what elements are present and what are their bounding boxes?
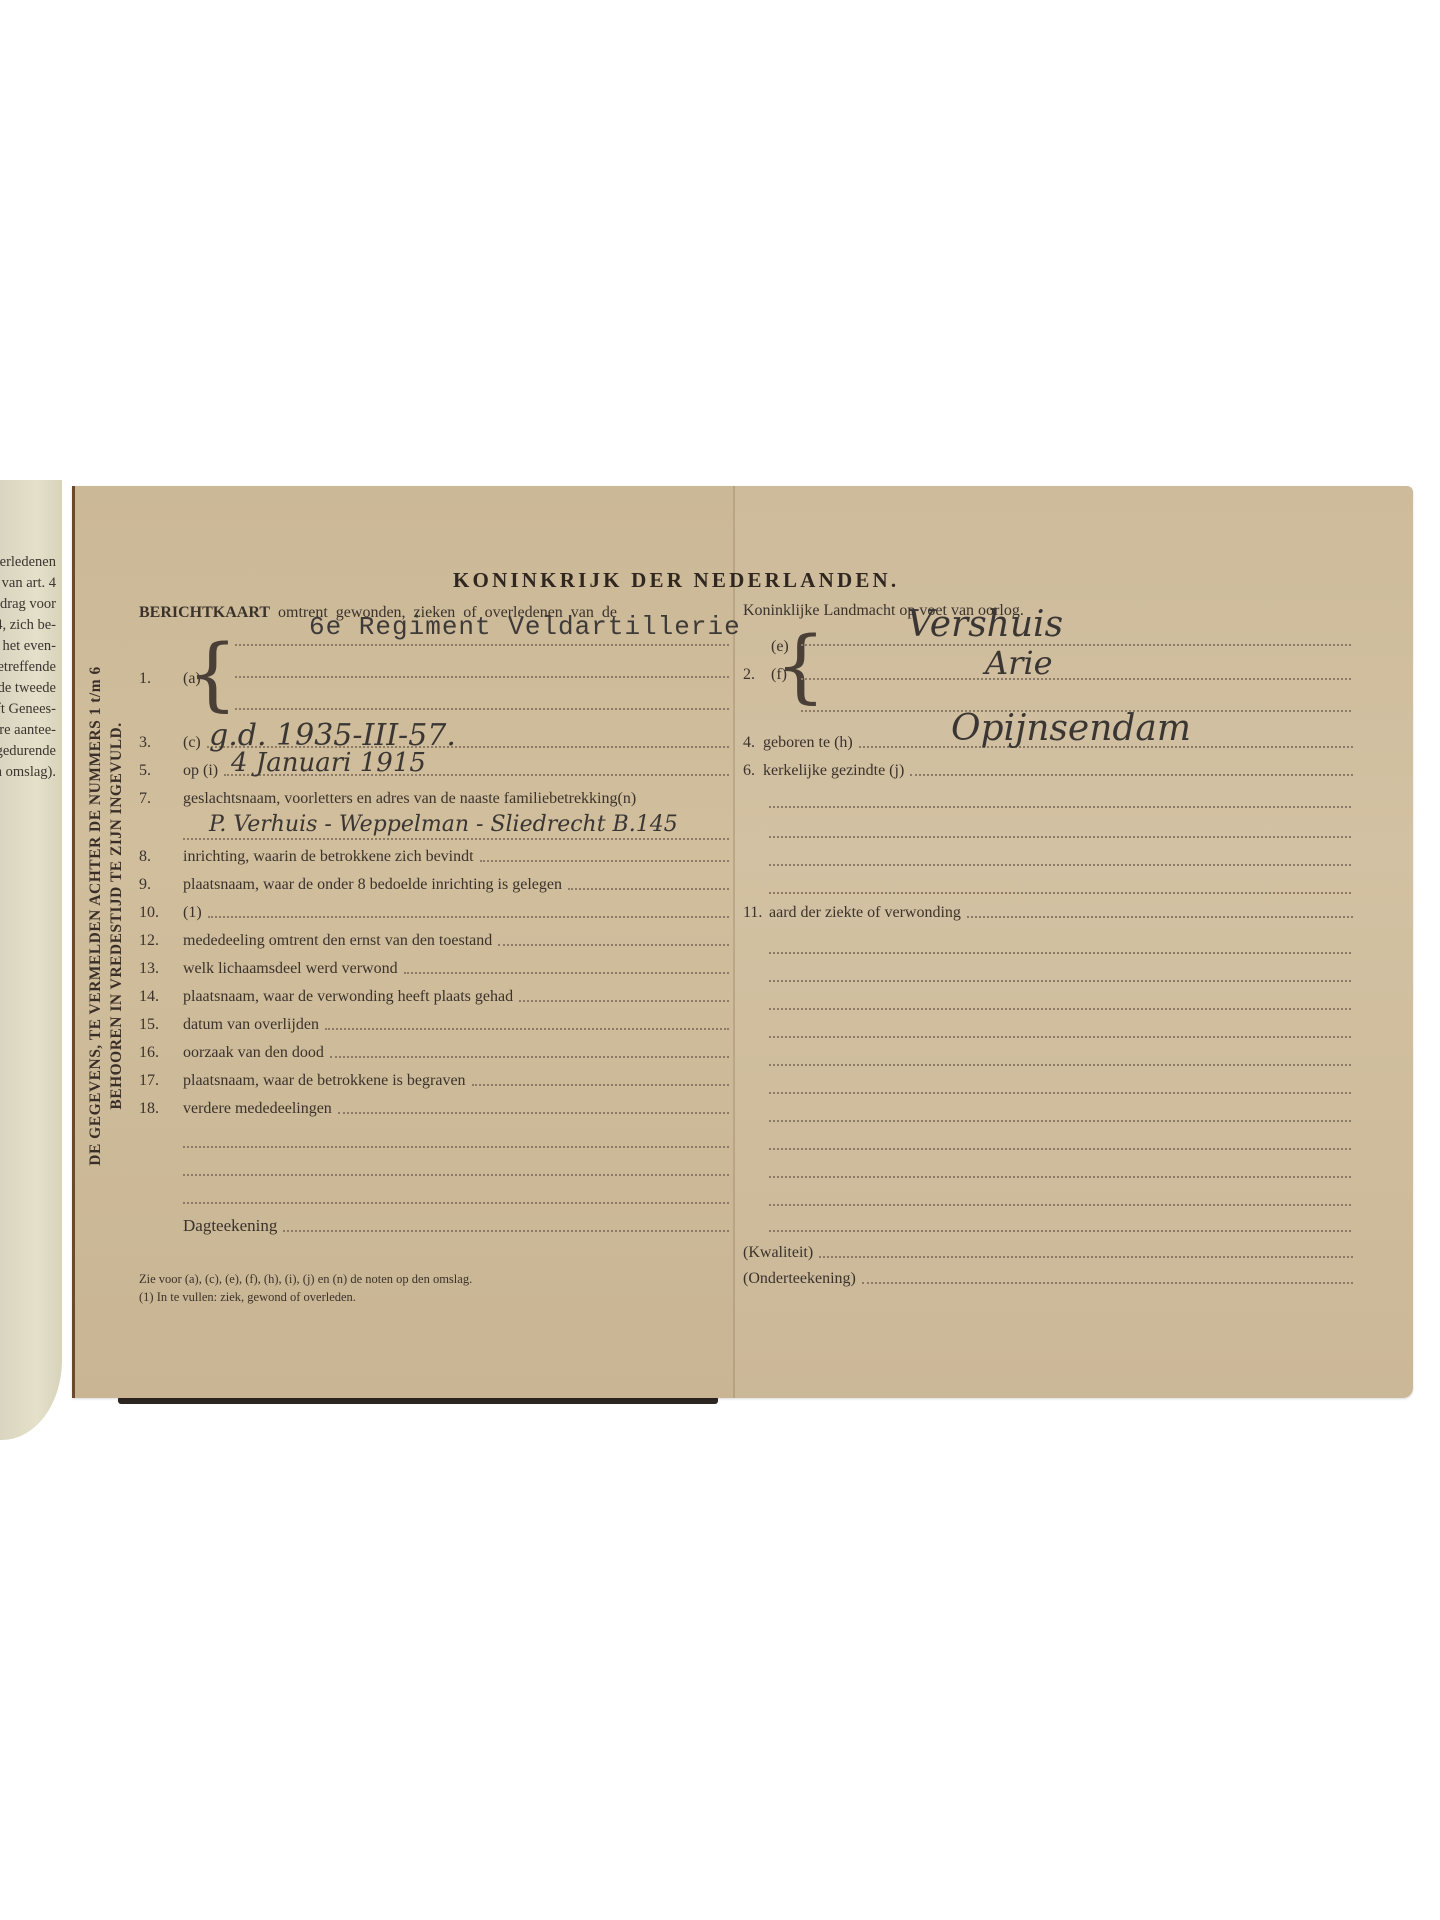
vertical-note: DE GEGEVENS, TE VERMELDEN ACHTER DE NUMM… <box>85 526 145 1306</box>
footnote-1: (1) In te vullen: ziek, gewond of overle… <box>139 1290 356 1305</box>
field-line[interactable] <box>338 1111 729 1114</box>
field-line[interactable] <box>769 1176 1351 1178</box>
field-number: 10. <box>139 904 183 922</box>
field-line[interactable] <box>325 1027 729 1030</box>
field-line[interactable] <box>769 864 1351 866</box>
text-line: de tweede <box>0 678 56 699</box>
field-line[interactable] <box>208 915 729 918</box>
vertical-note-line: DE GEGEVENS, TE VERMELDEN ACHTER DE NUMM… <box>85 526 106 1306</box>
left-page-text: erledenen van art. 4 drag voor 4, zich b… <box>0 552 56 783</box>
field-5[interactable]: 5. op (i) <box>139 762 729 780</box>
field-line[interactable] <box>235 676 729 678</box>
field-number: 4. <box>743 734 763 752</box>
field-line[interactable] <box>404 971 729 974</box>
field-number: 9. <box>139 876 183 894</box>
field-label: kerkelijke gezindte (j) <box>763 762 904 780</box>
field-line[interactable] <box>183 838 729 840</box>
field-label: plaatsnaam, waar de verwonding heeft pla… <box>183 988 513 1006</box>
handwritten-date: 4 Januari 1915 <box>231 748 426 778</box>
field-line[interactable] <box>769 1120 1351 1122</box>
field-label: plaatsnaam, waar de onder 8 bedoelde inr… <box>183 876 562 894</box>
field-16[interactable]: 16. oorzaak van den dood <box>139 1044 729 1062</box>
dagteekening-field[interactable]: Dagteekening <box>139 1216 729 1236</box>
left-page-edge: erledenen van art. 4 drag voor 4, zich b… <box>0 480 62 1440</box>
field-number: 6. <box>743 762 763 780</box>
field-line[interactable] <box>769 980 1351 982</box>
field-number: 16. <box>139 1044 183 1062</box>
field-line[interactable] <box>769 1064 1351 1066</box>
field-number: 13. <box>139 960 183 978</box>
field-line[interactable] <box>568 887 729 890</box>
field-line[interactable] <box>801 678 1351 680</box>
field-line[interactable] <box>235 708 729 710</box>
field-number: 17. <box>139 1072 183 1090</box>
footnote-notes: Zie voor (a), (c), (e), (f), (h), (i), (… <box>139 1272 472 1287</box>
field-line[interactable] <box>183 1146 729 1148</box>
field-line[interactable] <box>769 1148 1351 1150</box>
text-line: ere aantee- <box>0 720 56 741</box>
handwritten-family: P. Verhuis - Weppelman - Sliedrecht B.14… <box>209 812 678 837</box>
field-number: 5. <box>139 762 183 780</box>
field-number: 8. <box>139 848 183 866</box>
field-number: 2. <box>743 666 771 684</box>
field-18[interactable]: 18. verdere mededeelingen <box>139 1100 729 1118</box>
field-12[interactable]: 12. mededeeling omtrent den ernst van de… <box>139 932 729 950</box>
field-9[interactable]: 9. plaatsnaam, waar de onder 8 bedoelde … <box>139 876 729 894</box>
text-line: en omslag). <box>0 762 56 783</box>
field-line[interactable] <box>183 1202 729 1204</box>
field-label: geslachtsnaam, voorletters en adres van … <box>183 790 636 808</box>
handwritten-birthplace: Opijnsendam <box>951 708 1191 749</box>
vertical-note-line: BEHOOREN IN VREDESTIJD TE ZIJN INGEVULD. <box>106 526 127 1306</box>
field-line[interactable] <box>967 915 1353 918</box>
field-10[interactable]: 10. (1) <box>139 904 729 922</box>
field-line[interactable] <box>235 644 729 646</box>
text-line: erledenen <box>0 552 56 573</box>
field-6[interactable]: 6. kerkelijke gezindte (j) <box>743 762 1353 780</box>
field-line[interactable] <box>183 1174 729 1176</box>
field-line[interactable] <box>769 1230 1351 1232</box>
brace-icon: { <box>187 634 238 714</box>
dagteekening-label: Dagteekening <box>183 1216 277 1236</box>
field-8[interactable]: 8. inrichting, waarin de betrokkene zich… <box>139 848 729 866</box>
text-line: drag voor <box>0 594 56 615</box>
field-line[interactable] <box>769 1204 1351 1206</box>
field-label: aard der ziekte of verwonding <box>769 904 961 922</box>
field-label: datum van overlijden <box>183 1016 319 1034</box>
field-label: verdere mededeelingen <box>183 1100 332 1118</box>
field-number: 14. <box>139 988 183 1006</box>
field-7: 7. geslachtsnaam, voorletters en adres v… <box>139 790 729 808</box>
field-label: (1) <box>183 904 202 922</box>
text-line: ft Genees- <box>0 699 56 720</box>
field-line[interactable] <box>769 1008 1351 1010</box>
field-line[interactable] <box>498 943 729 946</box>
card-title: KONINKRIJK DER NEDERLANDEN. <box>453 568 899 593</box>
field-11[interactable]: 11. aard der ziekte of verwonding <box>743 904 1353 922</box>
field-line[interactable] <box>910 773 1353 776</box>
field-line[interactable] <box>472 1083 729 1086</box>
kwaliteit-label: (Kwaliteit) <box>743 1244 813 1262</box>
text-line: 4, zich be- <box>0 615 56 636</box>
onderteekening-label: (Onderteekening) <box>743 1270 856 1288</box>
field-line[interactable] <box>819 1255 1353 1258</box>
text-line: het even- <box>0 636 56 657</box>
brace-icon: { <box>775 626 826 706</box>
field-line[interactable] <box>283 1229 729 1232</box>
field-17[interactable]: 17. plaatsnaam, waar de betrokkene is be… <box>139 1072 729 1090</box>
text-line: van art. 4 <box>0 573 56 594</box>
typed-regiment: 6e Regiment Veldartillerie <box>309 612 741 642</box>
field-line[interactable] <box>769 952 1351 954</box>
kwaliteit-field[interactable]: (Kwaliteit) <box>743 1244 1353 1262</box>
field-line[interactable] <box>769 836 1351 838</box>
handwritten-surname: Vershuis <box>907 604 1063 645</box>
field-13[interactable]: 13. welk lichaamsdeel werd verwond <box>139 960 729 978</box>
field-14[interactable]: 14. plaatsnaam, waar de verwonding heeft… <box>139 988 729 1006</box>
field-line[interactable] <box>801 644 1351 646</box>
subtitle-bold: BERICHTKAART <box>139 604 270 621</box>
field-number: 11. <box>743 904 769 922</box>
field-number: 18. <box>139 1100 183 1118</box>
text-line: gedurende <box>0 741 56 762</box>
berichtkaart-card: DE GEGEVENS, TE VERMELDEN ACHTER DE NUMM… <box>72 486 1413 1398</box>
field-line[interactable] <box>769 806 1351 808</box>
field-label: mededeeling omtrent den ernst van den to… <box>183 932 492 950</box>
field-label: geboren te (h) <box>763 734 853 752</box>
field-label: (c) <box>183 734 201 752</box>
field-label: inrichting, waarin de betrokkene zich be… <box>183 848 474 866</box>
field-label: plaatsnaam, waar de betrokkene is begrav… <box>183 1072 466 1090</box>
field-line[interactable] <box>769 1092 1351 1094</box>
handwritten-firstname: Arie <box>985 644 1053 682</box>
onderteekening-field[interactable]: (Onderteekening) <box>743 1270 1353 1288</box>
field-number: 1. <box>139 670 183 688</box>
field-label: oorzaak van den dood <box>183 1044 324 1062</box>
field-15[interactable]: 15. datum van overlijden <box>139 1016 729 1034</box>
field-line[interactable] <box>519 999 729 1002</box>
field-line[interactable] <box>862 1281 1353 1284</box>
field-line[interactable] <box>769 892 1351 894</box>
field-line[interactable] <box>769 1036 1351 1038</box>
field-number: 3. <box>139 734 183 752</box>
field-line[interactable] <box>330 1055 729 1058</box>
field-number: 7. <box>139 790 183 808</box>
field-number: 15. <box>139 1016 183 1034</box>
field-label: op (i) <box>183 762 218 780</box>
text-line: betreffende <box>0 657 56 678</box>
field-number: 12. <box>139 932 183 950</box>
field-line[interactable] <box>480 859 729 862</box>
field-label: welk lichaamsdeel werd verwond <box>183 960 398 978</box>
